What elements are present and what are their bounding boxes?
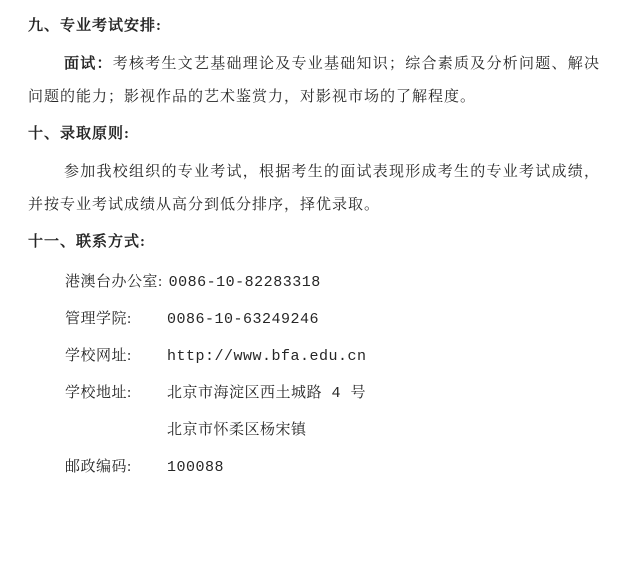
contact-label-address: 学校地址: bbox=[65, 375, 161, 412]
paragraph-interview: 面试：考核考生文艺基础理论及专业基础知识；综合素质及分析问题、解决问题的能力；影… bbox=[28, 48, 600, 114]
document-page: 九、专业考试安排: 面试：考核考生文艺基础理论及专业基础知识；综合素质及分析问题… bbox=[0, 0, 624, 563]
paragraph-admission: 参加我校组织的专业考试，根据考生的面试表现形成考生的专业考试成绩，并按专业考试成… bbox=[28, 156, 600, 222]
contact-row-hmt-office: 港澳台办公室:0086-10-82283318 bbox=[28, 264, 600, 301]
contact-value-postal-code: 100088 bbox=[167, 459, 224, 476]
contact-row-postal-code: 邮政编码:100088 bbox=[28, 449, 600, 486]
contact-value-hmt-office-phone: 0086-10-82283318 bbox=[169, 274, 321, 291]
contact-value-address-huairou: 北京市怀柔区杨宋镇 bbox=[167, 422, 307, 439]
contact-value-website-url: http://www.bfa.edu.cn bbox=[167, 348, 367, 365]
contact-label-management-school: 管理学院: bbox=[65, 301, 161, 338]
section-heading-admission-principles: 十、录取原则: bbox=[28, 118, 600, 151]
paragraph-text-interview: 考核考生文艺基础理论及专业基础知识；综合素质及分析问题、解决问题的能力；影视作品… bbox=[28, 56, 600, 105]
contact-label-hmt-office: 港澳台办公室: bbox=[65, 264, 163, 301]
contact-row-address: 学校地址:北京市海淀区西土城路 4 号 bbox=[28, 375, 600, 412]
contact-label-postal-code: 邮政编码: bbox=[65, 449, 161, 486]
section-heading-contact-info: 十一、联系方式: bbox=[28, 226, 600, 259]
contact-row-website: 学校网址:http://www.bfa.edu.cn bbox=[28, 338, 600, 375]
contact-value-management-school-phone: 0086-10-63249246 bbox=[167, 311, 319, 328]
contact-row-address-2: 北京市怀柔区杨宋镇 bbox=[28, 412, 600, 449]
section-heading-exam-arrangement: 九、专业考试安排: bbox=[28, 10, 600, 43]
contact-value-address-haidian: 北京市海淀区西土城路 4 号 bbox=[167, 385, 366, 402]
paragraph-text-admission: 参加我校组织的专业考试，根据考生的面试表现形成考生的专业考试成绩，并按专业考试成… bbox=[28, 164, 600, 213]
contact-row-management-school: 管理学院:0086-10-63249246 bbox=[28, 301, 600, 338]
paragraph-lead-interview: 面试： bbox=[64, 56, 113, 72]
contact-list: 港澳台办公室:0086-10-82283318 管理学院:0086-10-632… bbox=[28, 264, 600, 486]
contact-label-website: 学校网址: bbox=[65, 338, 161, 375]
